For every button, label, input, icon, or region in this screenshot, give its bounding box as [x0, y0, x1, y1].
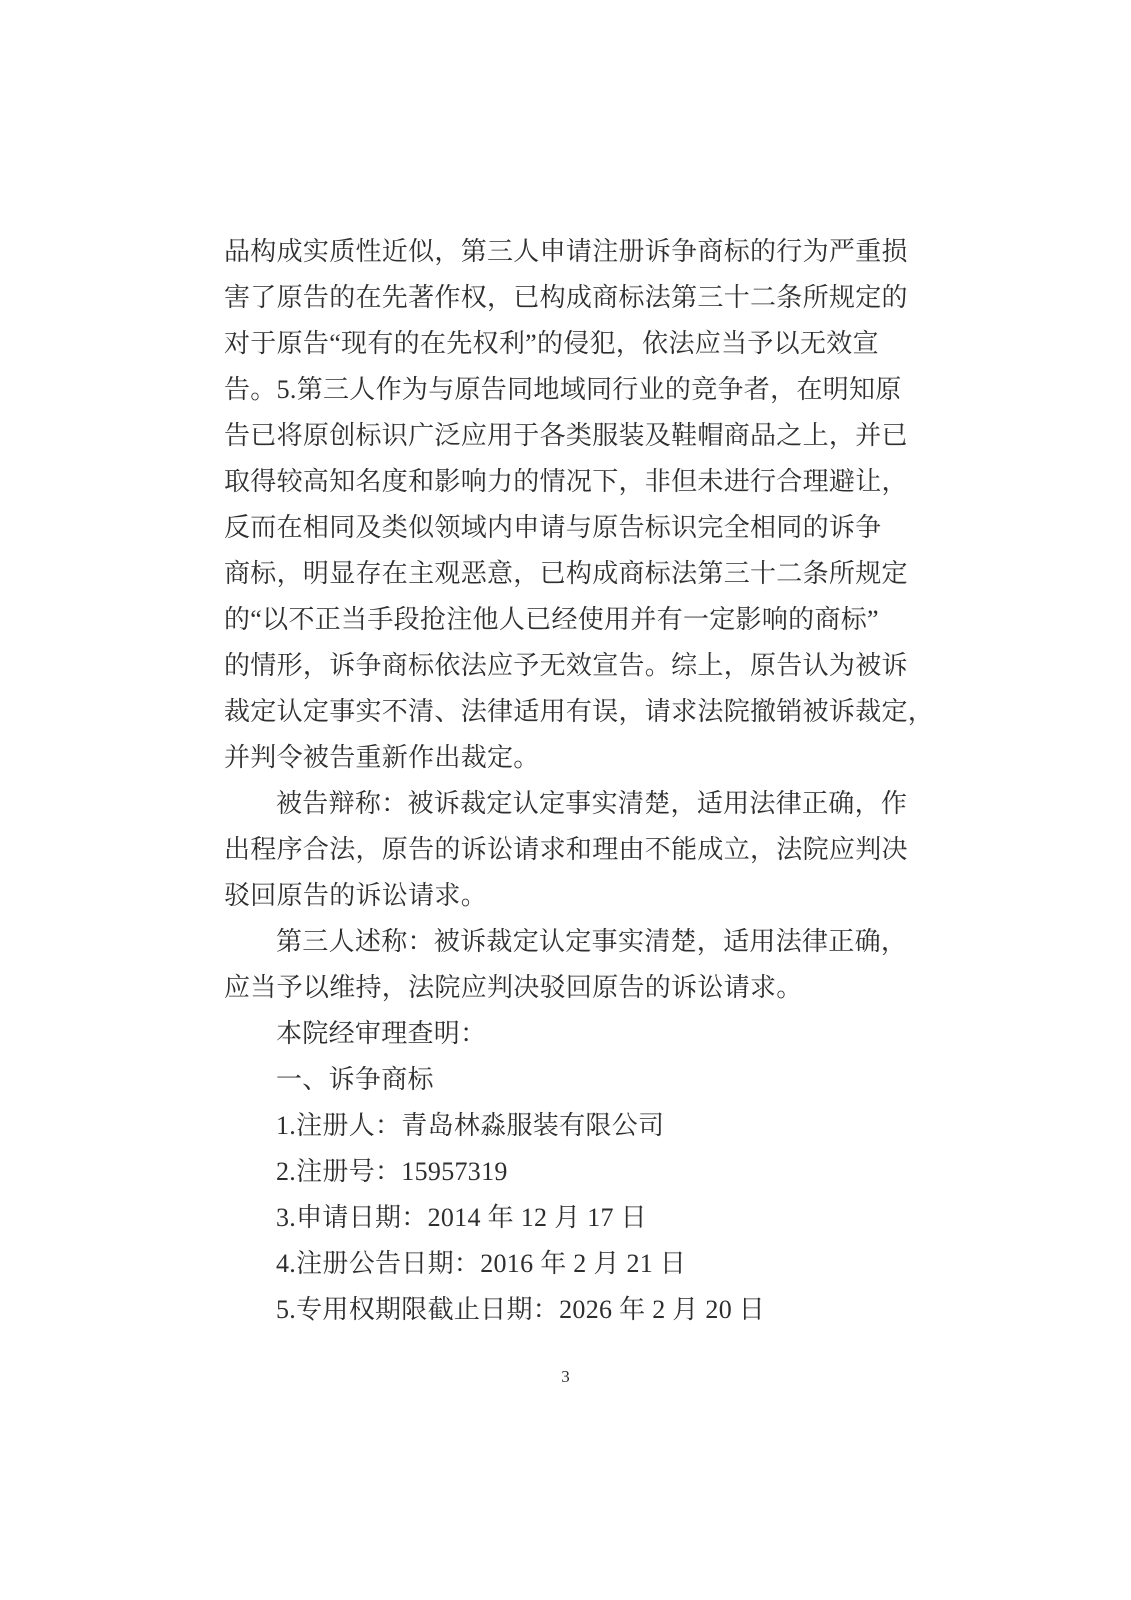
text-line: 1.注册人：青岛林淼服装有限公司	[224, 1103, 916, 1149]
text-line: 的情形，诉争商标依法应予无效宣告。综上，原告认为被诉	[224, 643, 916, 689]
text-line: 商标，明显存在主观恶意，已构成商标法第三十二条所规定	[224, 551, 916, 597]
page-number: 3	[0, 1367, 1131, 1387]
text-line: 害了原告的在先著作权，已构成商标法第三十二条所规定的	[224, 275, 916, 321]
text-line: 告。5.第三人作为与原告同地域同行业的竞争者，在明知原	[224, 367, 916, 413]
text-line: 一、诉争商标	[224, 1057, 916, 1103]
text-line: 4.注册公告日期：2016 年 2 月 21 日	[224, 1241, 916, 1287]
text-line: 本院经审理查明：	[224, 1011, 916, 1057]
text-line: 5.专用权期限截止日期：2026 年 2 月 20 日	[224, 1287, 916, 1333]
text-line: 被告辩称：被诉裁定认定事实清楚，适用法律正确，作	[224, 781, 916, 827]
text-line: 驳回原告的诉讼请求。	[224, 873, 916, 919]
text-line: 第三人述称：被诉裁定认定事实清楚，适用法律正确，	[224, 919, 916, 965]
text-line: 裁定认定事实不清、法律适用有误，请求法院撤销被诉裁定，	[224, 689, 916, 735]
text-line: 2.注册号：15957319	[224, 1149, 916, 1195]
text-line: 反而在相同及类似领域内申请与原告标识完全相同的诉争	[224, 505, 916, 551]
text-line: 应当予以维持，法院应判决驳回原告的诉讼请求。	[224, 965, 916, 1011]
document-body: 品构成实质性近似，第三人申请注册诉争商标的行为严重损害了原告的在先著作权，已构成…	[224, 229, 916, 1333]
document-page: 品构成实质性近似，第三人申请注册诉争商标的行为严重损害了原告的在先著作权，已构成…	[0, 0, 1131, 1600]
text-line: 品构成实质性近似，第三人申请注册诉争商标的行为严重损	[224, 229, 916, 275]
text-line: 出程序合法，原告的诉讼请求和理由不能成立，法院应判决	[224, 827, 916, 873]
text-line: 对于原告“现有的在先权利”的侵犯，依法应当予以无效宣	[224, 321, 916, 367]
text-line: 的“以不正当手段抢注他人已经使用并有一定影响的商标”	[224, 597, 916, 643]
text-line: 3.申请日期：2014 年 12 月 17 日	[224, 1195, 916, 1241]
text-line: 取得较高知名度和影响力的情况下，非但未进行合理避让，	[224, 459, 916, 505]
text-line: 并判令被告重新作出裁定。	[224, 735, 916, 781]
text-line: 告已将原创标识广泛应用于各类服装及鞋帽商品之上，并已	[224, 413, 916, 459]
